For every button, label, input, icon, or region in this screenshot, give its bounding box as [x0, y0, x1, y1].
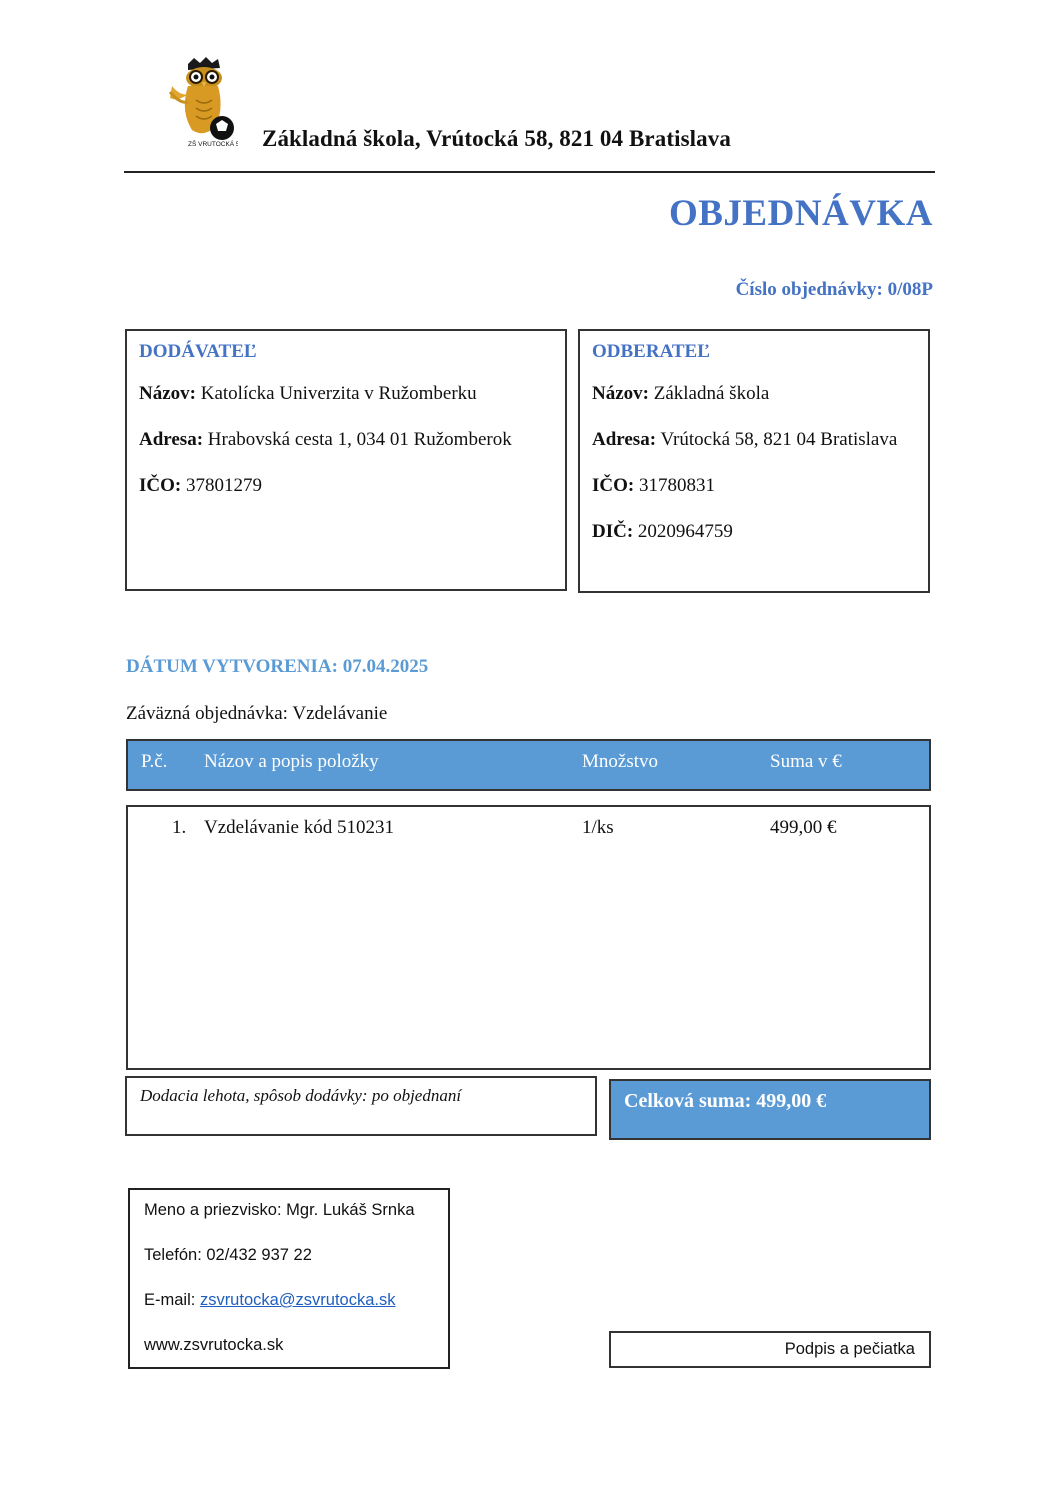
contact-website: www.zsvrutocka.sk [144, 1334, 434, 1379]
document-title: OBJEDNÁVKA [669, 192, 933, 235]
supplier-heading: DODÁVATEĽ [139, 341, 553, 363]
column-header-quantity: Množstvo [582, 751, 658, 773]
item-quantity: 1/ks [582, 817, 614, 839]
contact-email-link[interactable]: zsvrutocka@zsvrutocka.sk [200, 1291, 396, 1309]
contact-box: Meno a priezvisko: Mgr. Lukáš Srnka Tele… [128, 1188, 450, 1369]
customer-box: ODBERATEĽ Názov: Základná škola Adresa: … [578, 329, 930, 593]
table-row: 1. Vzdelávanie kód 510231 1/ks 499,00 € [128, 807, 929, 849]
header-divider [124, 171, 935, 173]
supplier-address: Adresa: Hrabovská cesta 1, 034 01 Ružomb… [139, 425, 553, 454]
item-sum: 499,00 € [770, 817, 837, 839]
contact-name: Meno a priezvisko: Mgr. Lukáš Srnka [144, 1199, 434, 1244]
items-table-body: 1. Vzdelávanie kód 510231 1/ks 499,00 € [126, 805, 931, 1070]
item-number: 1. [172, 817, 186, 839]
supplier-ico: IČO: 37801279 [139, 471, 553, 500]
supplier-name: Názov: Katolícka Univerzita v Ružomberku [139, 379, 553, 408]
customer-ico: IČO: 31780831 [592, 471, 916, 500]
svg-text:ZŠ VRUTOCKÁ 58 BA: ZŠ VRUTOCKÁ 58 BA [188, 139, 238, 148]
school-logo: ZŠ VRUTOCKÁ 58 BA [166, 56, 238, 154]
customer-dic: DIČ: 2020964759 [592, 517, 916, 546]
column-header-name: Názov a popis položky [204, 751, 379, 773]
total-amount: Celková suma: 499,00 € [609, 1079, 931, 1140]
customer-heading: ODBERATEĽ [592, 341, 916, 363]
binding-order-subject: Záväzná objednávka: Vzdelávanie [126, 703, 387, 725]
items-table-header: P.č. Názov a popis položky Množstvo Suma… [126, 739, 931, 791]
contact-email-line: E-mail: zsvrutocka@zsvrutocka.sk [144, 1289, 434, 1334]
customer-address: Adresa: Vrútocká 58, 821 04 Bratislava [592, 425, 916, 454]
column-header-number: P.č. [141, 751, 167, 773]
owl-school-crest-icon: ZŠ VRUTOCKÁ 58 BA [166, 56, 238, 154]
item-name: Vzdelávanie kód 510231 [204, 817, 394, 839]
contact-phone: Telefón: 02/432 937 22 [144, 1244, 434, 1289]
creation-date: DÁTUM VYTVORENIA: 07.04.2025 [126, 656, 428, 678]
column-header-sum: Suma v € [770, 751, 842, 773]
supplier-box: DODÁVATEĽ Názov: Katolícka Univerzita v … [125, 329, 567, 591]
school-title: Základná škola, Vrútocká 58, 821 04 Brat… [262, 126, 731, 152]
delivery-terms: Dodacia lehota, spôsob dodávky: po objed… [125, 1076, 597, 1136]
signature-box: Podpis a pečiatka [609, 1331, 931, 1368]
order-number: Číslo objednávky: 0/08P [736, 279, 933, 301]
customer-name: Názov: Základná škola [592, 379, 916, 408]
